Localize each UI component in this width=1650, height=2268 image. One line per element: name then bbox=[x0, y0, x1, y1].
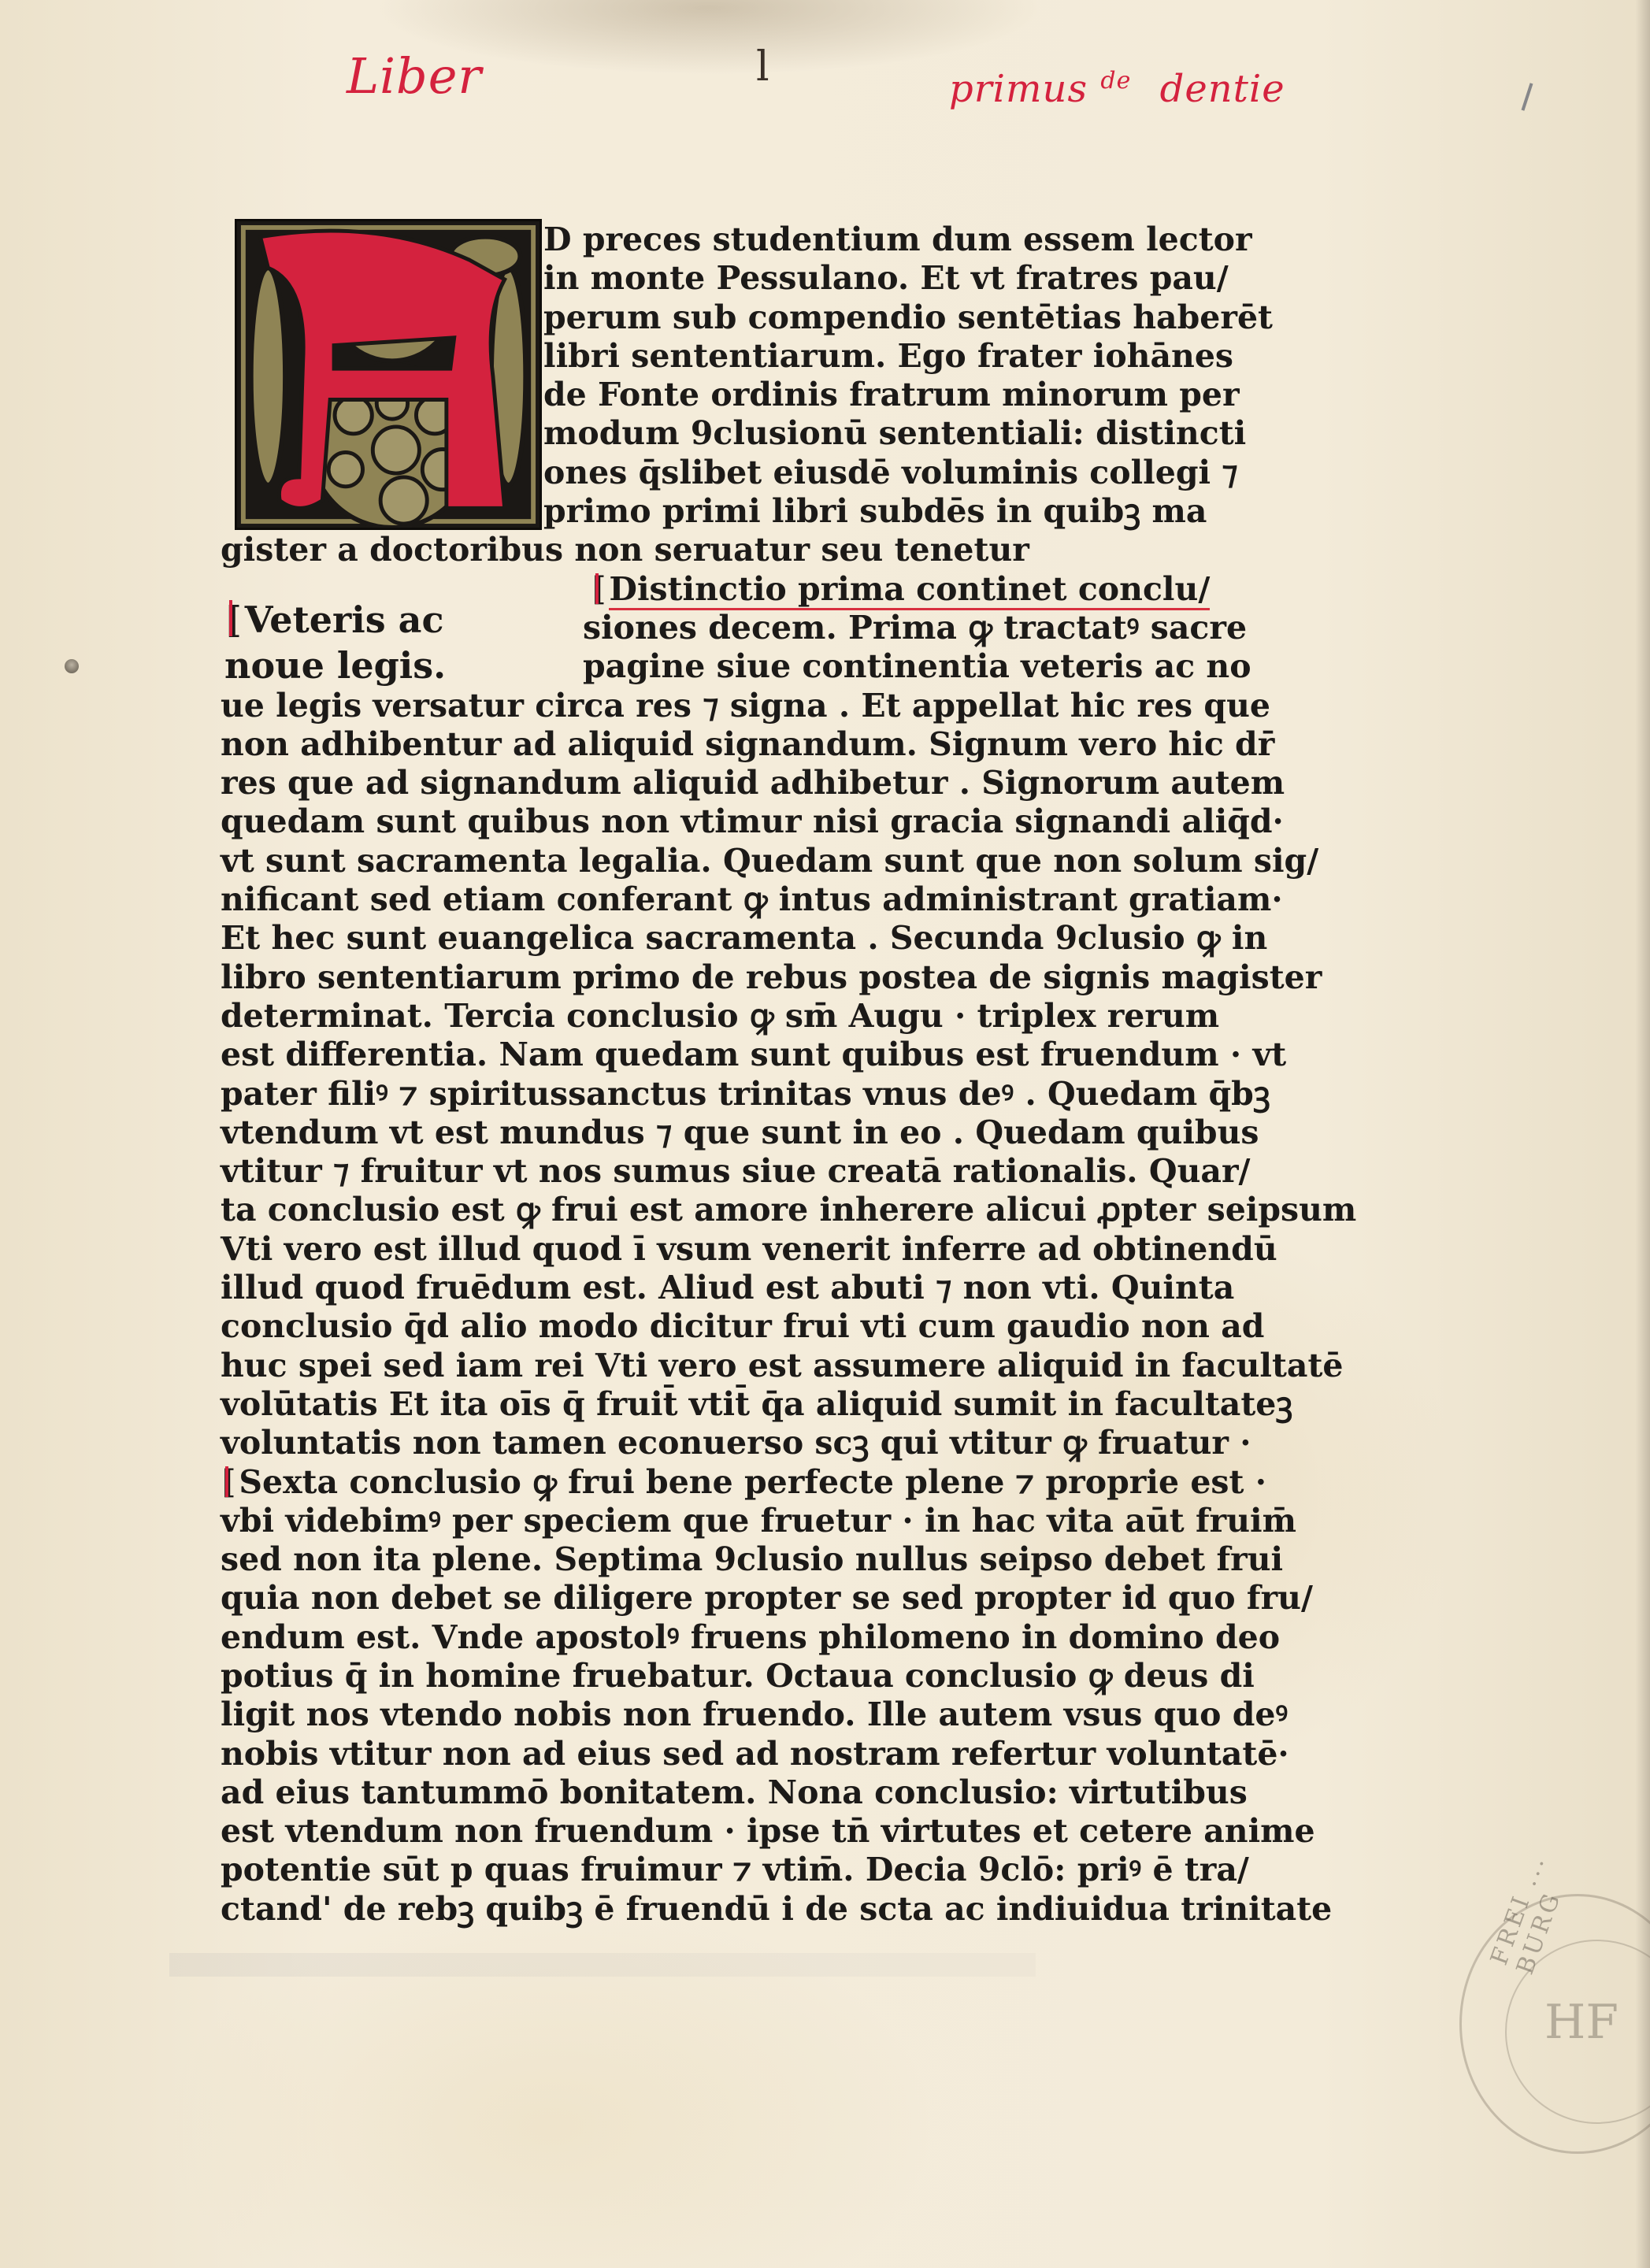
text-line: D preces studentium dum essem lector bbox=[221, 220, 1158, 259]
text-line: endum est. Vnde apostolꝰ fruens philomen… bbox=[221, 1618, 1158, 1657]
folio-mark: l bbox=[756, 43, 769, 91]
header-rubric-right: primus de dentie bbox=[949, 67, 1285, 111]
text-line: primo primi libri subdēs in quibꝫ ma bbox=[221, 492, 1158, 531]
text-line: vt sunt sacramenta legalia. Quedam sunt … bbox=[221, 842, 1158, 880]
text-line: illud quod fruēdum est. Aliud est abuti … bbox=[221, 1269, 1158, 1307]
text-line: potentie sūt p quas fruimur ⁊ vtim̄. Dec… bbox=[221, 1851, 1158, 1889]
text-line: res que ad signandum aliquid adhibetur .… bbox=[221, 764, 1158, 802]
text-line: pagine siue continentia veteris ac no bbox=[221, 647, 1158, 686]
text-line: libri sententiarum. Ego frater iohānes bbox=[221, 337, 1158, 376]
text-line: potius q̄ in homine fruebatur. Octaua co… bbox=[221, 1657, 1158, 1695]
text-line: de Fonte ordinis fratrum minorum per bbox=[221, 376, 1158, 414]
header-rubric-right-word: primus bbox=[949, 67, 1088, 111]
text-line-rubricated: [Sexta conclusio ꝙ frui bene perfecte pl… bbox=[221, 1463, 1158, 1502]
library-stamp: FREI ... BURG HF bbox=[1459, 1894, 1650, 2154]
text-line: huc spei sed iam rei Vti vero est assume… bbox=[221, 1347, 1158, 1385]
header-rubric-left: Liber bbox=[347, 47, 482, 105]
body-text: D preces studentium dum essem lector in … bbox=[221, 220, 1158, 1929]
text-line: determinat. Tercia conclusio ꝙ sm̄ Augu … bbox=[221, 997, 1158, 1036]
text-line: est vtendum non fruendum · ipse tn̄ virt… bbox=[221, 1812, 1158, 1851]
text-line: siones decem. Prima ꝙ tractatꝰ sacre bbox=[221, 609, 1158, 647]
text-line: Vti vero est illud quod ī vsum venerit i… bbox=[221, 1230, 1158, 1269]
offset-show-through bbox=[169, 1953, 1036, 1977]
binding-hole bbox=[65, 659, 79, 673]
text-line: voluntatis non tamen econuerso scꝫ qui v… bbox=[221, 1424, 1158, 1462]
text-line: in monte Pessulano. Et vt fratres pau/ bbox=[221, 259, 1158, 298]
text-line: vtitur ⁊ fruitur vt nos sumus siue creat… bbox=[221, 1152, 1158, 1191]
text-line: quia non debet se diligere propter se se… bbox=[221, 1579, 1158, 1618]
text-line: ctand' de rebꝫ quibꝫ ē fruendū i de scta… bbox=[221, 1890, 1158, 1929]
text-line: sed non ita plene. Septima 9clusio nullu… bbox=[221, 1540, 1158, 1579]
text-line: pater filiꝰ ⁊ spiritussanctus trinitas v… bbox=[221, 1075, 1158, 1114]
header-rubric-superscript: de bbox=[1100, 67, 1131, 94]
text-line: non adhibentur ad aliquid signandum. Sig… bbox=[221, 725, 1158, 764]
pilcrow-icon: [ bbox=[591, 570, 606, 609]
text-line: quedam sunt quibus non vtimur nisi graci… bbox=[221, 802, 1158, 841]
text-line: modum 9clusionū sententiali: distincti bbox=[221, 414, 1158, 453]
text-line: ta conclusio est ꝙ frui est amore inhere… bbox=[221, 1191, 1158, 1229]
text-line: perum sub compendio sentētias haberēt bbox=[221, 298, 1158, 337]
text-line: gister a doctoribus non seruatur seu ten… bbox=[221, 531, 1158, 569]
text-line: ue legis versatur circa res ⁊ signa . Et… bbox=[221, 687, 1158, 725]
text-line: est differentia. Nam quedam sunt quibus … bbox=[221, 1036, 1158, 1074]
text-line: vtendum vt est mundus ⁊ que sunt in eo .… bbox=[221, 1114, 1158, 1152]
pilcrow-icon: [ bbox=[221, 1463, 235, 1502]
text-line: vbi videbimꝰ per speciem que fruetur · i… bbox=[221, 1502, 1158, 1540]
header-rubric-right-suffix: dentie bbox=[1160, 67, 1285, 111]
text-line: ligit nos vtendo nobis non fruendo. Ille… bbox=[221, 1695, 1158, 1734]
stamp-monogram: HF bbox=[1544, 1995, 1618, 2050]
text-line: nificant sed etiam conferant ꝙ intus adm… bbox=[221, 880, 1158, 919]
text-line: ad eius tantummō bonitatem. Nona conclus… bbox=[221, 1773, 1158, 1812]
text-line-rubricated: [Distinctio prima continet conclu/ bbox=[221, 570, 1158, 609]
text-line: conclusio q̄d alio modo dicitur frui vti… bbox=[221, 1307, 1158, 1346]
text-line: nobis vtitur non ad eius sed ad nostram … bbox=[221, 1735, 1158, 1773]
text-line: libro sententiarum primo de rebus postea… bbox=[221, 958, 1158, 997]
text-line: volūtatis Et ita oīs q̄ fruit̄ vtit̄ q̄a… bbox=[221, 1385, 1158, 1424]
text-line: Et hec sunt euangelica sacramenta . Secu… bbox=[221, 919, 1158, 958]
text-line: ones q̄slibet eiusdē voluminis collegi ⁊ bbox=[221, 454, 1158, 492]
pencil-mark bbox=[1522, 83, 1533, 110]
